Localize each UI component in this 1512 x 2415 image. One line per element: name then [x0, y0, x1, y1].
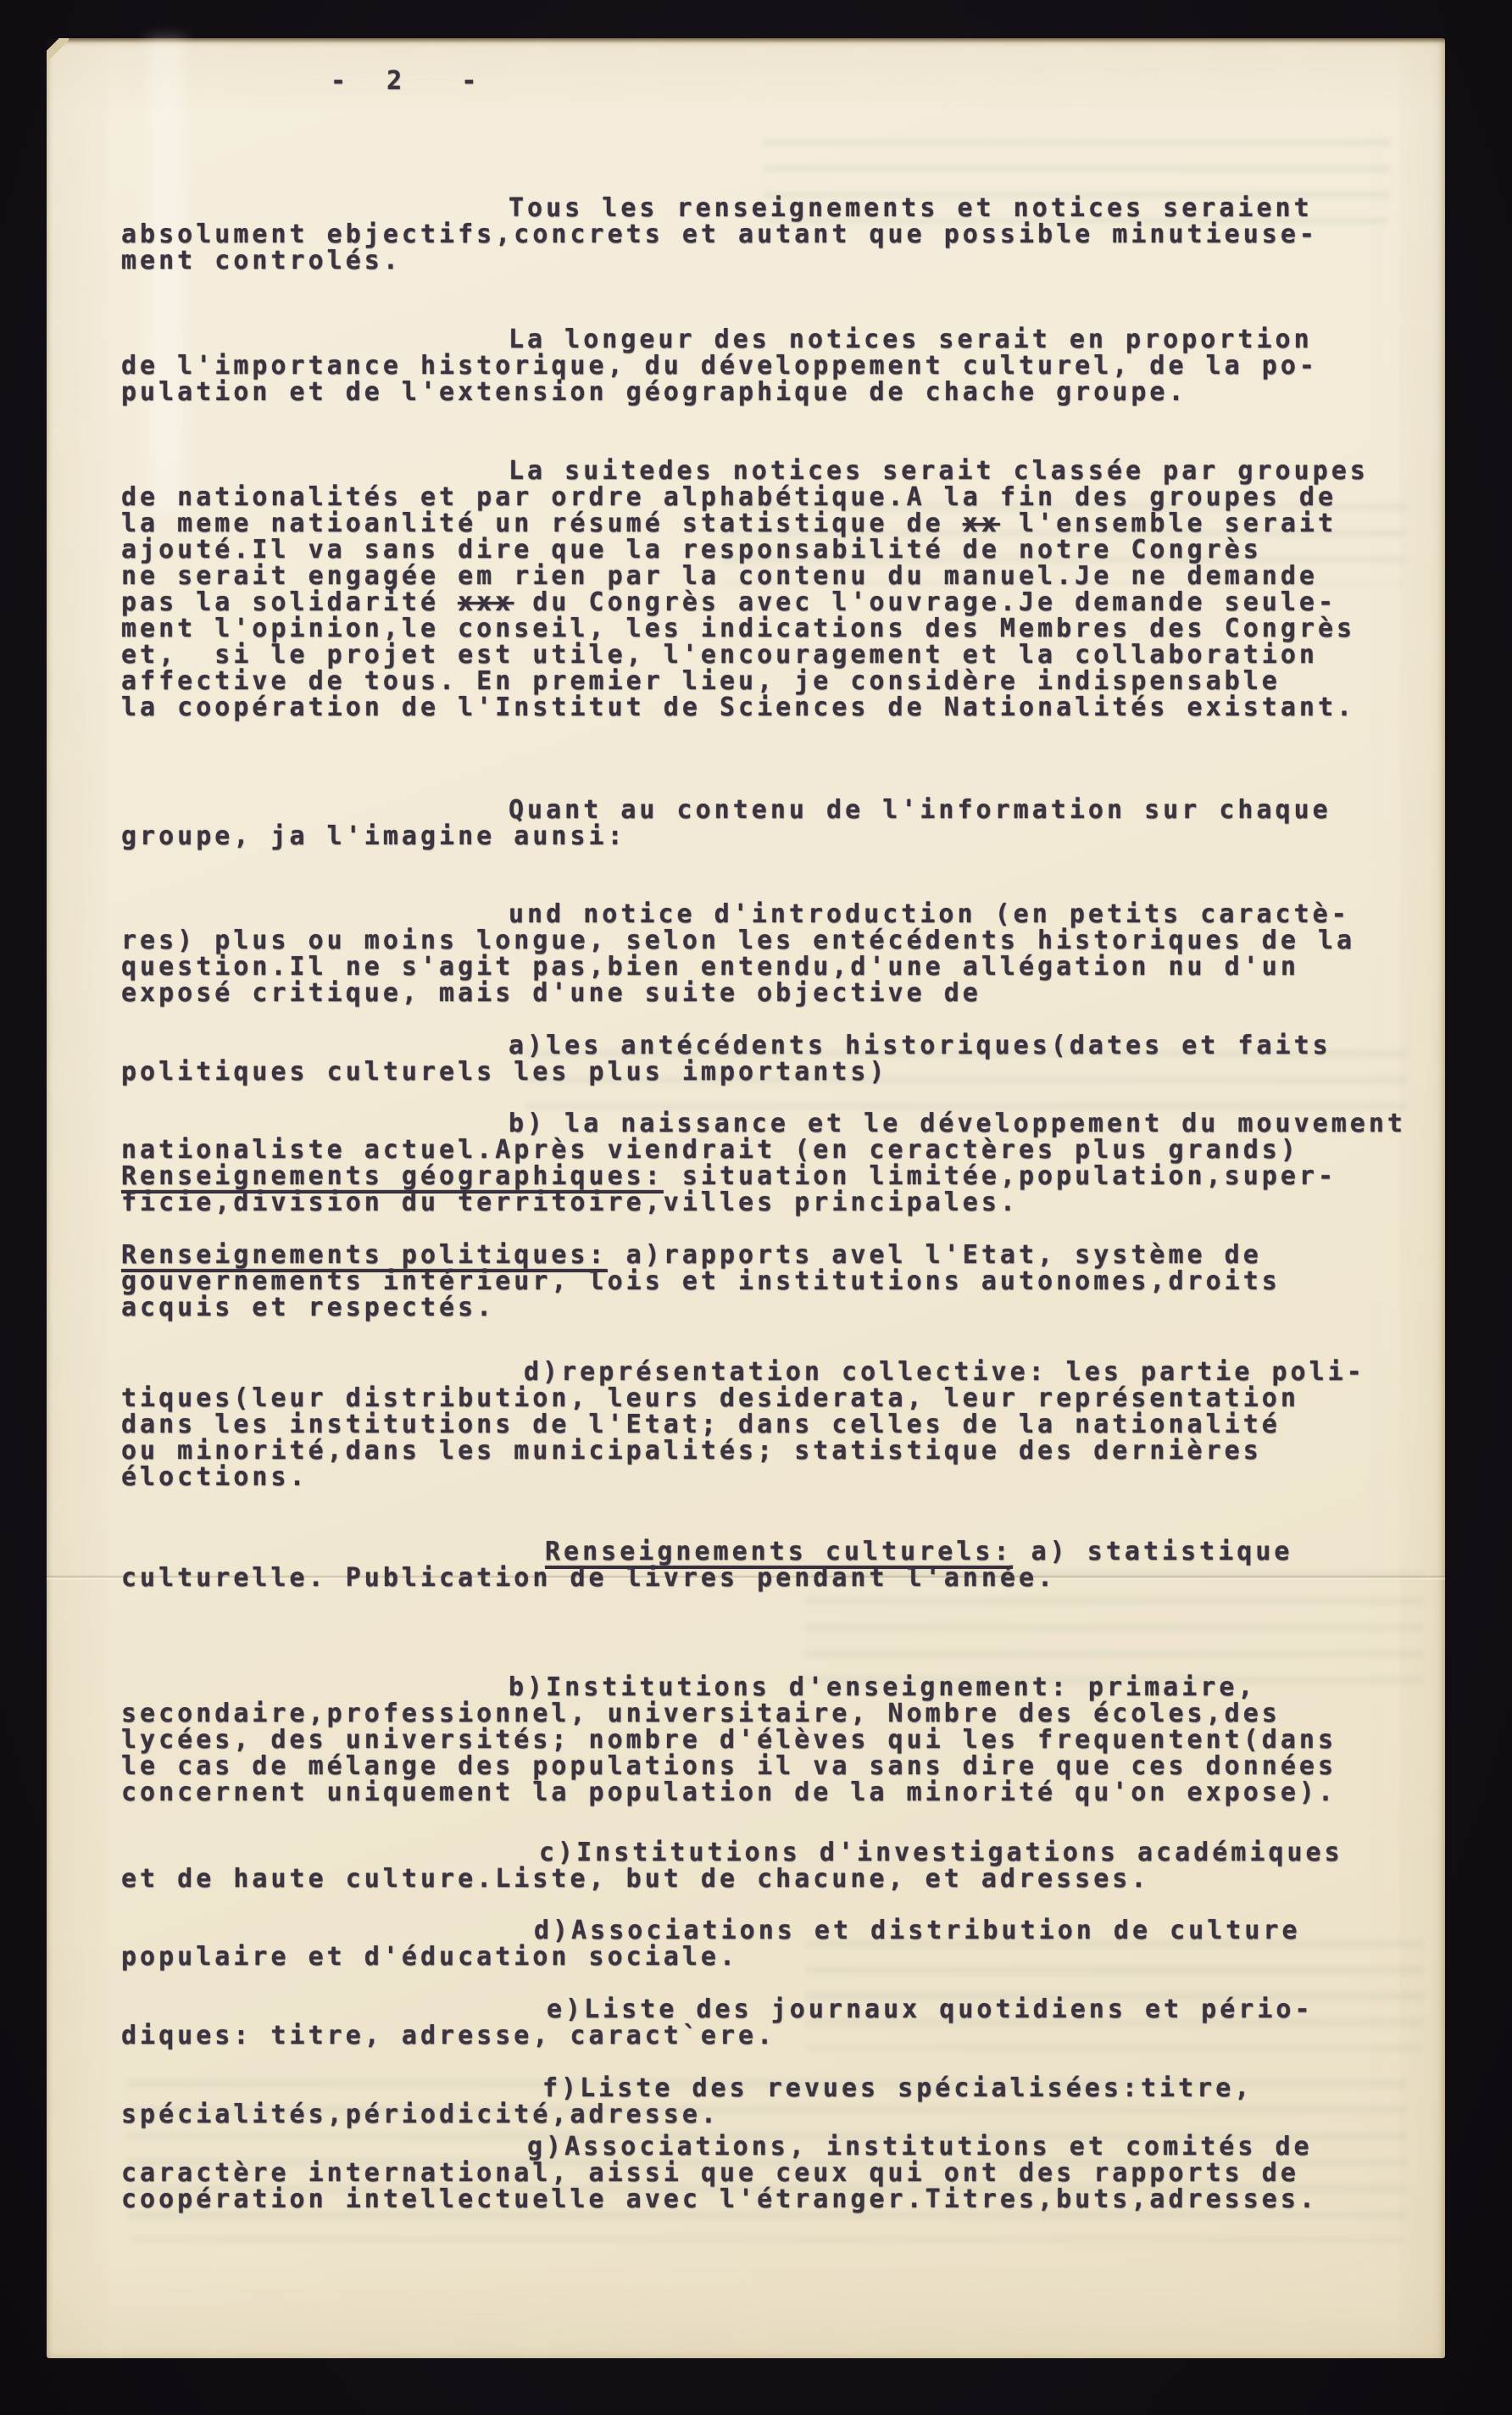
scan-background: { "document": { "page_number_display": "…: [0, 0, 1512, 2415]
text-line: dans les institutions de l'Etat; dans ce…: [121, 1411, 1422, 1438]
text-line: f)Liste des revues spécialisées:titre,: [121, 2075, 1422, 2101]
typewritten-paragraph: d)Associations et distribution de cultur…: [121, 1917, 1422, 1970]
text-line: diques: titre, adresse, caract`ere.: [121, 2023, 1422, 2049]
text-line: groupe, ja l'imagine aunsi:: [121, 823, 1422, 849]
text-line: b)Institutions d'enseignement: primaire,: [121, 1674, 1422, 1700]
text-line: pulation et de l'extension géographique …: [121, 379, 1422, 405]
text-line: lycées, des universités; nombre d'élèves…: [121, 1727, 1422, 1753]
document-page: - 2 - Tous les renseignements et notices…: [47, 38, 1445, 2358]
text-line: ment controlés.: [121, 248, 1422, 274]
typewritten-paragraph: b) la naissance et le développement du m…: [121, 1110, 1422, 1216]
typewritten-paragraph: b)Institutions d'enseignement: primaire,…: [121, 1674, 1422, 1806]
typewritten-paragraph: a)les antécédents historiques(dates et f…: [121, 1032, 1422, 1085]
typewritten-paragraph: Quant au contenu de l'information sur ch…: [121, 797, 1422, 849]
text-line: La suitedes notices serait classée par g…: [121, 458, 1422, 484]
text-line: gouvernements intérieur, lois et institu…: [121, 1268, 1422, 1294]
typewritten-paragraph: Tous les renseignements et notices serai…: [121, 195, 1422, 274]
text-line: culturelle. Publication de livres pendan…: [121, 1565, 1422, 1591]
page-number: - 2 -: [331, 66, 481, 96]
text-line: absolument ebjectifs,concrets et autant …: [121, 221, 1422, 248]
text-line: ment l'opinion,le conseil, les indicatio…: [121, 615, 1422, 642]
typewritten-paragraph: Renseignements politiques: a)rapports av…: [121, 1242, 1422, 1321]
text-line: b) la naissance et le développement du m…: [121, 1110, 1422, 1137]
text-line: La longeur des notices serait en proport…: [121, 326, 1422, 353]
text-line: le cas de mélange des populations il va …: [121, 1753, 1422, 1779]
typewritten-paragraph: c)Institutions d'investigations académiq…: [121, 1839, 1422, 1892]
text-line: coopération intellectuelle avec l'étrang…: [121, 2186, 1422, 2212]
text-line: ou minorité,dans les municipalités; stat…: [121, 1438, 1422, 1464]
text-line: Quant au contenu de l'information sur ch…: [121, 797, 1422, 823]
typewritten-paragraph: und notice d'introduction (en petits car…: [121, 901, 1422, 1006]
text-line: concernent uniquement la population de l…: [121, 1779, 1422, 1806]
text-line: la coopération de l'Institut de Sciences…: [121, 694, 1422, 721]
typewritten-paragraph: d)représentation collective: les partie …: [121, 1359, 1422, 1490]
text-line: Tous les renseignements et notices serai…: [121, 195, 1422, 221]
typewritten-paragraph: g)Associations, institutions et comités …: [121, 2134, 1422, 2212]
typewritten-paragraph: e)Liste des journaux quotidiens et pério…: [121, 1996, 1422, 2049]
text-line: spécialités,périodicité,adresse.: [121, 2101, 1422, 2128]
text-line: de nationalités et par ordre alphabétiqu…: [121, 484, 1422, 510]
text-line: tiques(leur distribution, leurs desidera…: [121, 1385, 1422, 1411]
text-line: nationaliste actuel.Après viendrait (en …: [121, 1137, 1422, 1163]
text-line: ajouté.Il va sans dire que la responsabi…: [121, 537, 1422, 563]
text-line: de l'importance historique, du développe…: [121, 353, 1422, 379]
text-line: Renseignements culturels: a) statistique: [121, 1539, 1422, 1565]
text-line: exposé critique, mais d'une suite object…: [121, 980, 1422, 1006]
text-line: a)les antécédents historiques(dates et f…: [121, 1032, 1422, 1059]
text-line: g)Associations, institutions et comités …: [121, 2134, 1422, 2160]
struck-out-text: xx: [963, 509, 1000, 538]
paper-top-edge: [47, 38, 1445, 43]
text-line: d)Associations et distribution de cultur…: [121, 1917, 1422, 1944]
text-line: c)Institutions d'investigations académiq…: [121, 1839, 1422, 1866]
text-line: politiques culturels les plus importants…: [121, 1059, 1422, 1085]
text-line: et, si le projet est utile, l'encouragem…: [121, 642, 1422, 668]
text-line: éloctions.: [121, 1464, 1422, 1490]
typewritten-paragraph: La longeur des notices serait en proport…: [121, 326, 1422, 405]
typewritten-paragraph: f)Liste des revues spécialisées:titre,sp…: [121, 2075, 1422, 2128]
text-line: populaire et d'éducation sociale.: [121, 1944, 1422, 1970]
text-line: caractère international, aissi que ceux …: [121, 2160, 1422, 2186]
text-line: e)Liste des journaux quotidiens et pério…: [121, 1996, 1422, 2023]
text-line: d)représentation collective: les partie …: [121, 1359, 1422, 1385]
text-line: Renseignements géographiques: situation …: [121, 1163, 1422, 1189]
struck-out-text: xxx: [458, 587, 514, 617]
text-line: et de haute culture.Liste, but de chacun…: [121, 1866, 1422, 1892]
text-line: ficie,division du territoire,villes prin…: [121, 1189, 1422, 1216]
text-line: affective de tous. En premier lieu, je c…: [121, 668, 1422, 694]
text-line: acquis et respectés.: [121, 1294, 1422, 1321]
text-line: la meme natioanlité un résumé statistiqu…: [121, 510, 1422, 537]
text-line: pas la solidarité xxx du Congrès avec l'…: [121, 589, 1422, 615]
text-line: Renseignements politiques: a)rapports av…: [121, 1242, 1422, 1268]
text-line: res) plus ou moins longue, selon les ent…: [121, 927, 1422, 954]
typewritten-paragraph: Renseignements culturels: a) statistique…: [121, 1539, 1422, 1591]
text-line: question.Il ne s'agit pas,bien entendu,d…: [121, 954, 1422, 980]
text-line: ne serait engagée em rien par la contenu…: [121, 563, 1422, 589]
text-line: und notice d'introduction (en petits car…: [121, 901, 1422, 927]
text-line: secondaire,professionnel, universitaire,…: [121, 1700, 1422, 1727]
folded-corner: [47, 38, 69, 60]
typewritten-paragraph: La suitedes notices serait classée par g…: [121, 458, 1422, 721]
paper-streak: [148, 38, 184, 513]
